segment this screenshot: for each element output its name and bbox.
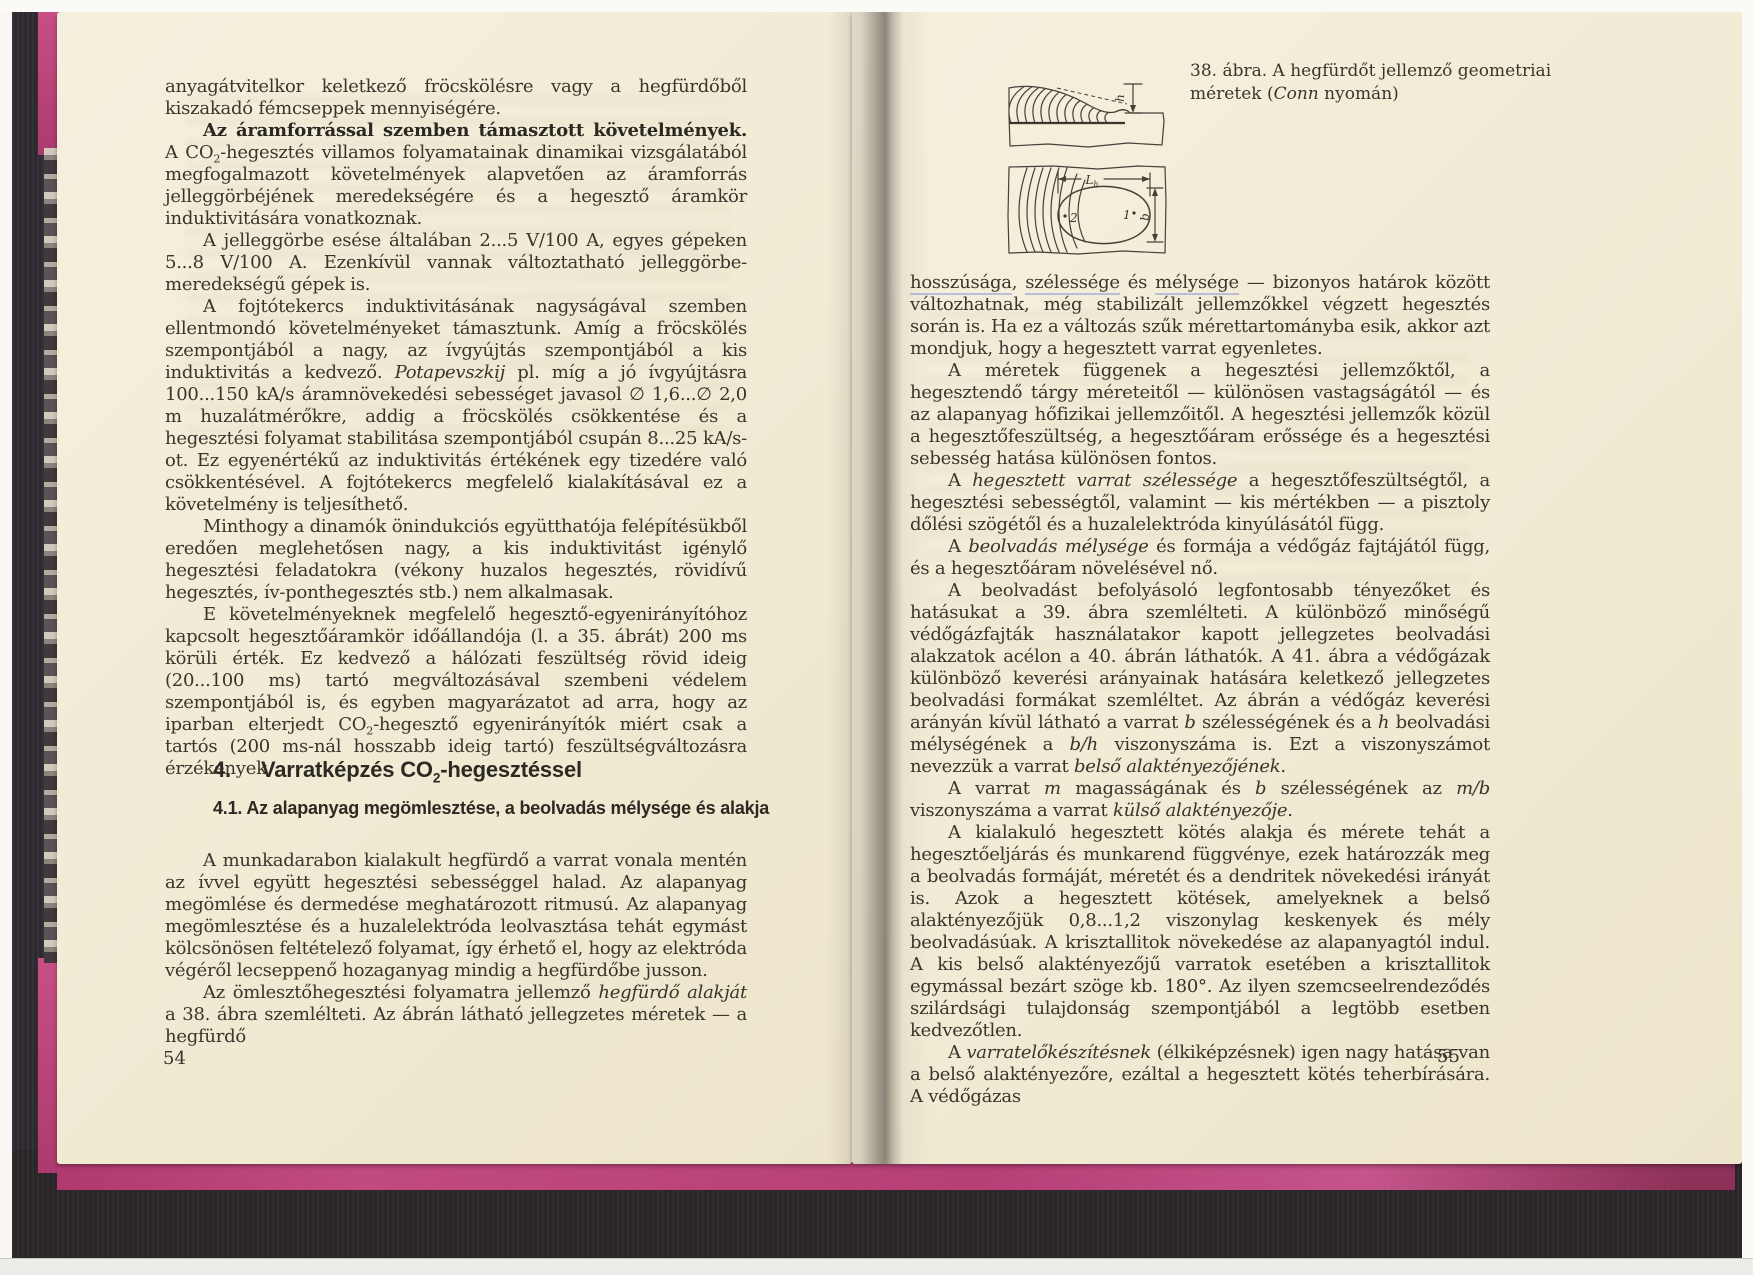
paragraph: Az áramforrással szemben támasztott köve… [165, 120, 747, 230]
subsection-heading: 4.1. Az alapanyag megömlesztése, a beolv… [213, 795, 790, 821]
paragraph: A kialakuló hegesztett kötés alakja és m… [910, 822, 1490, 1042]
left-page-body-text: anyagátvitelkor keletkező fröcskölésre v… [165, 76, 747, 780]
paragraph: A varratelőkészítésnek (élkiképzésnek) i… [910, 1042, 1490, 1108]
paragraph: A méretek függenek a hegesztési jellemző… [910, 360, 1490, 470]
paragraph: A fojtótekercs induktivitásának nagyságá… [165, 296, 747, 516]
scan-margin-top [0, 0, 1753, 12]
paragraph: hosszúsága, szélessége és mélysége — biz… [910, 272, 1490, 360]
section-number: 4. [213, 757, 231, 783]
section-title: Varratképzés CO2-hegesztéssel [261, 757, 582, 782]
paragraph: A jelleggörbe esése általában 2...5 V/10… [165, 230, 747, 296]
dimension-label-b: b [1138, 213, 1152, 221]
left-page-body-text: A munkadarabon kialakult hegfürdő a varr… [165, 850, 747, 1048]
subsection-number: 4.1. [213, 798, 242, 818]
paragraph: Minthogy a dinamók önindukciós együtthat… [165, 516, 747, 604]
subsection-title: Az alapanyag megömlesztése, a beolvadás … [246, 798, 769, 818]
paragraph: A varrat m magasságának és b szélességén… [910, 778, 1490, 822]
scan-margin-right [1742, 0, 1753, 1275]
point-label-2: 2 [1069, 211, 1078, 225]
paragraph: anyagátvitelkor keletkező fröcskölésre v… [165, 76, 747, 120]
paragraph: Az ömlesztőhegesztési folyamatra jellemz… [165, 982, 747, 1048]
scanned-book-spread: anyagátvitelkor keletkező fröcskölésre v… [0, 0, 1753, 1275]
paragraph: A beolvadást befolyásoló legfontosabb té… [910, 580, 1490, 778]
page-number-left: 54 [163, 1048, 186, 1069]
cover-magenta-band-bottom [57, 1160, 1735, 1190]
paragraph: A munkadarabon kialakult hegfürdő a varr… [165, 850, 747, 982]
page-number-right: 55 [1437, 1046, 1460, 1067]
paragraph: A hegesztett varrat szélessége a hegeszt… [910, 470, 1490, 536]
paragraph: A beolvadás mélysége és formája a védőgá… [910, 536, 1490, 580]
scan-margin-bottom [0, 1258, 1753, 1275]
right-page-body-text: hosszúsága, szélessége és mélysége — biz… [910, 272, 1490, 1108]
point-label-1: 1 [1123, 208, 1131, 222]
dimension-label-lh: Lh [1084, 173, 1098, 189]
dimension-label-h: h [1113, 94, 1127, 102]
weld-pool-figure: h Lh b [1003, 76, 1178, 266]
paragraph: E követelményeknek megfelelő hegesztő-eg… [165, 604, 747, 780]
figure-caption: 38. ábra. A hegfürdőt jellemző geometria… [1190, 60, 1570, 106]
section-heading: 4.Varratképzés CO2-hegesztéssel [213, 757, 582, 783]
